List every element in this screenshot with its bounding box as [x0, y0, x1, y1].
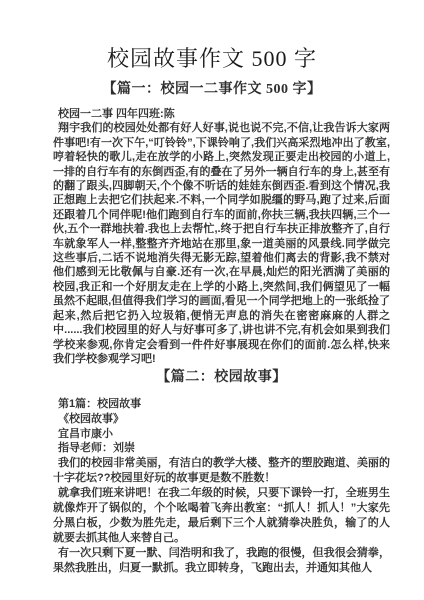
essay2-teacher: 指导老师：刘崇	[53, 441, 390, 456]
essay2-number-title: 第1篇：校园故事	[53, 397, 390, 412]
essay1-byline: 校园一二事 四年四班:陈	[53, 107, 390, 121]
section1-header: 【篇一：校园一二事作文 500 字】	[0, 78, 424, 98]
document-body: 校园一二事 四年四班:陈 翔宇我们的校园处处都有好人好事,说也说不完,不信,让我…	[53, 107, 390, 576]
document-page: 校园故事作文 500 字 【篇一：校园一二事作文 500 字】 校园一二事 四年…	[0, 0, 424, 600]
essay2-book-title: 《校园故事》	[53, 412, 390, 427]
essay2-paragraph-2: 就拿我们班来讲吧！在我二年级的时候，只要下课铃一打，全班男生就像炸开了锅似的，个…	[53, 486, 390, 546]
essay1-paragraph: 翔宇我们的校园处处都有好人好事,说也说不完,不信,让我告诉大家两件事吧!有一次下…	[53, 121, 390, 366]
page-title: 校园故事作文 500 字	[10, 42, 414, 73]
essay2-paragraph-1: 我们的校园非常美丽，有洁白的教学大楼、整齐的塑胶跑道、美丽的十字花坛??校园里好…	[53, 456, 390, 486]
section2-header: 【篇二：校园故事】	[53, 371, 390, 385]
essay2-school: 宜昌市康小	[53, 427, 390, 442]
essay2-paragraph-3: 有一次只剩下夏一默、闫浩明和我了，我跑的很慢，但我很会猜拳，果然我胜出，归夏一默…	[53, 546, 390, 576]
